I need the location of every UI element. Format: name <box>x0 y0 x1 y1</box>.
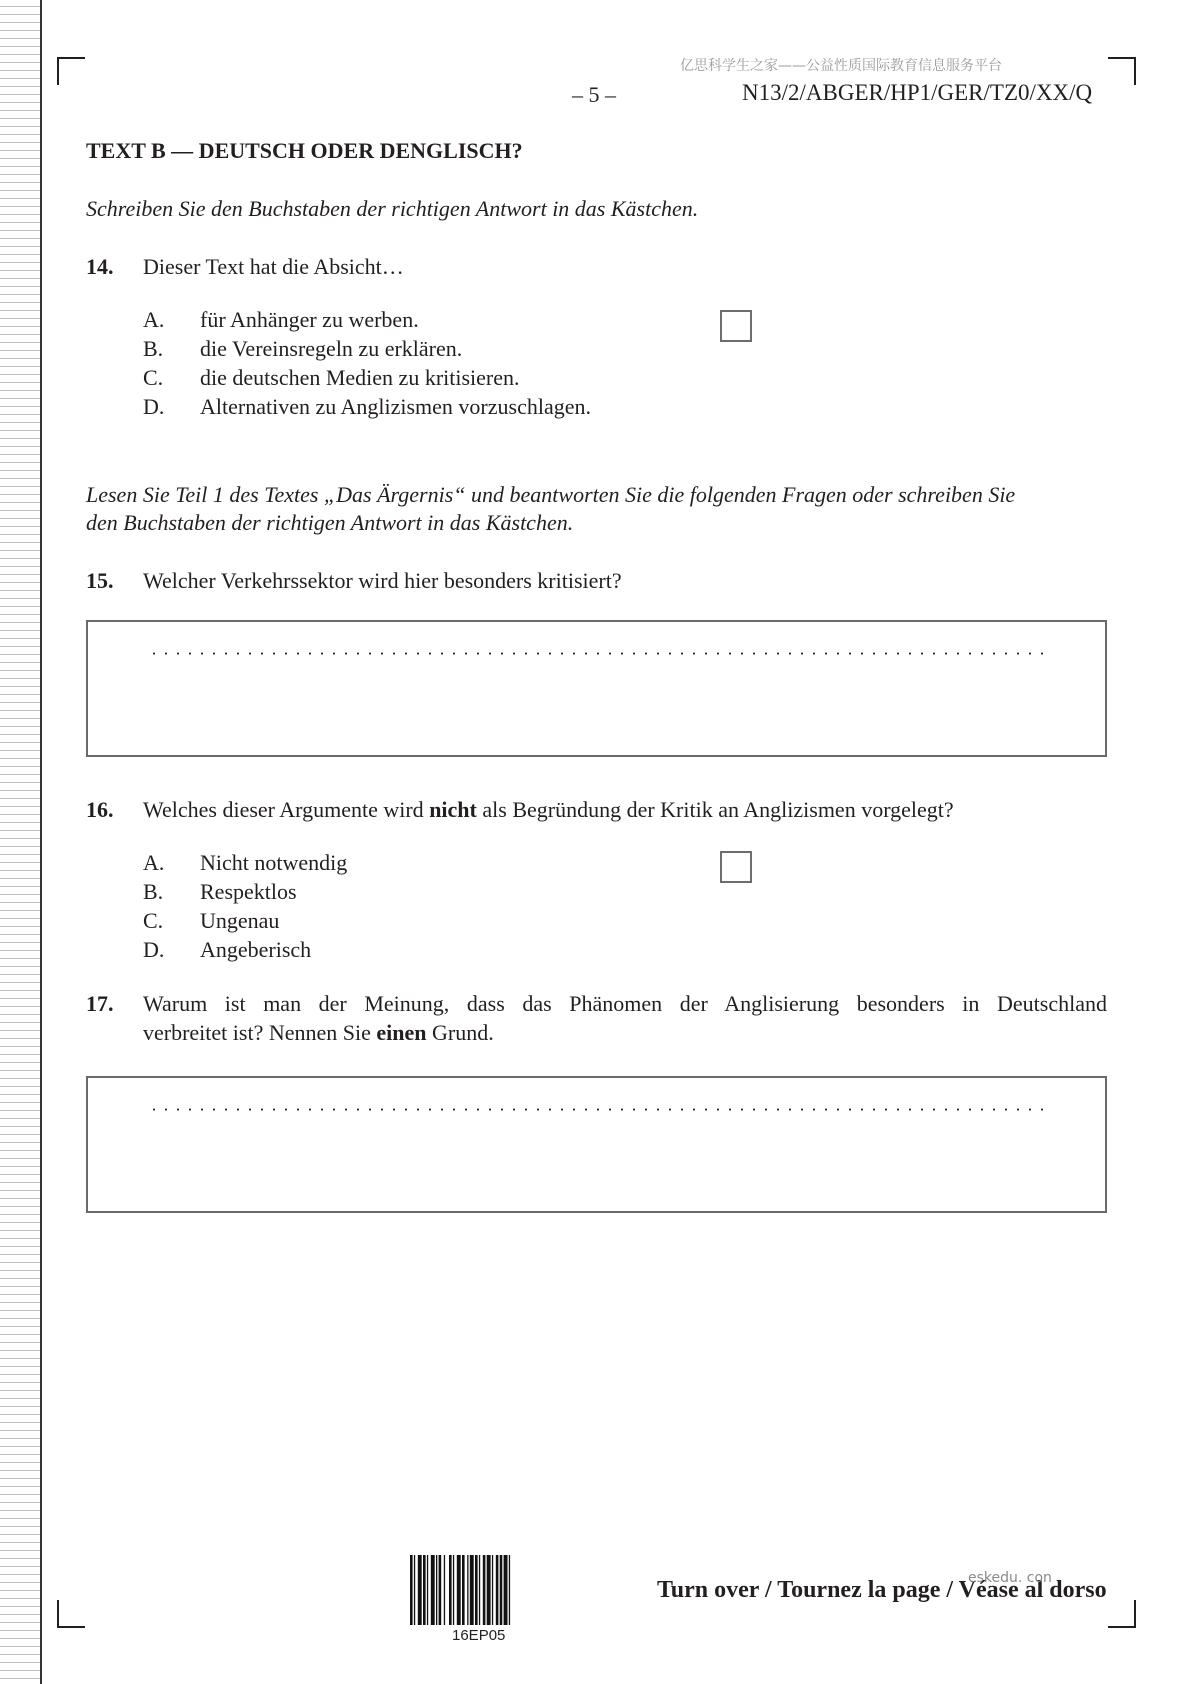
crop-mark-top-left <box>57 57 85 85</box>
question-emphasis: einen <box>376 1020 426 1045</box>
option-text-a: Nicht notwendig <box>200 850 347 876</box>
question-text: Dieser Text hat die Absicht… <box>143 254 404 280</box>
page-number: – 5 – <box>572 82 616 108</box>
question-text-line-2: verbreitet ist? Nennen Sie einen Grund. <box>143 1020 494 1046</box>
question-text-part: Welches dieser Argumente wird <box>143 797 429 822</box>
question-text: Welches dieser Argumente wird nicht als … <box>143 797 954 823</box>
answer-dotted-line <box>148 652 1053 655</box>
option-letter-c: C. <box>143 365 163 391</box>
question-emphasis: nicht <box>429 797 477 822</box>
question-number: 15. <box>86 568 114 594</box>
option-text-b: die Vereinsregeln zu erklären. <box>200 336 462 362</box>
instruction-1: Schreiben Sie den Buchstaben der richtig… <box>86 196 698 222</box>
option-text-d: Angeberisch <box>200 937 311 963</box>
answer-dotted-line <box>148 1108 1053 1111</box>
option-text-d: Alternativen zu Anglizismen vorzuschlage… <box>200 394 591 420</box>
question-text-part: verbreitet ist? Nennen Sie <box>143 1020 376 1045</box>
option-text-c: die deutschen Medien zu kritisieren. <box>200 365 520 391</box>
barcode-label: 16EP05 <box>452 1627 505 1644</box>
option-letter-d: D. <box>143 937 164 963</box>
option-letter-d: D. <box>143 394 164 420</box>
option-letter-a: A. <box>143 307 164 333</box>
question-text-part: Grund. <box>427 1020 494 1045</box>
answer-box-15[interactable] <box>86 620 1107 757</box>
crop-mark-bottom-right <box>1108 1600 1136 1628</box>
question-text: Welcher Verkehrssektor wird hier besonde… <box>143 568 622 594</box>
question-text-part: als Begründung der Kritik an Anglizismen… <box>477 797 954 822</box>
answer-box-17[interactable] <box>86 1076 1107 1213</box>
instruction-2-line-2: den Buchstaben der richtigen Antwort in … <box>86 510 573 536</box>
option-letter-c: C. <box>143 908 163 934</box>
option-letter-a: A. <box>143 850 164 876</box>
option-text-a: für Anhänger zu werben. <box>200 307 419 333</box>
question-number: 16. <box>86 797 114 823</box>
answer-checkbox-14[interactable] <box>720 310 752 342</box>
option-letter-b: B. <box>143 879 163 905</box>
crop-mark-bottom-left <box>57 1600 85 1628</box>
option-text-b: Respektlos <box>200 879 297 905</box>
option-letter-b: B. <box>143 336 163 362</box>
binding-margin-pattern <box>0 0 42 1684</box>
footer-watermark: eskedu. con <box>968 1570 1052 1586</box>
question-number: 17. <box>86 991 114 1017</box>
barcode-icon <box>410 1555 555 1625</box>
option-text-c: Ungenau <box>200 908 279 934</box>
document-code: N13/2/ABGER/HP1/GER/TZ0/XX/Q <box>742 80 1092 106</box>
section-heading: TEXT B — DEUTSCH ODER DENGLISCH? <box>86 138 523 164</box>
answer-checkbox-16[interactable] <box>720 851 752 883</box>
question-text-line-1: Warum ist man der Meinung, dass das Phän… <box>143 991 1107 1017</box>
instruction-2-line-1: Lesen Sie Teil 1 des Textes „Das Ärgerni… <box>86 482 1015 508</box>
crop-mark-top-right <box>1108 57 1136 85</box>
question-number: 14. <box>86 254 114 280</box>
header-watermark: 亿思科学生之家——公益性质国际教育信息服务平台 <box>680 55 1002 75</box>
